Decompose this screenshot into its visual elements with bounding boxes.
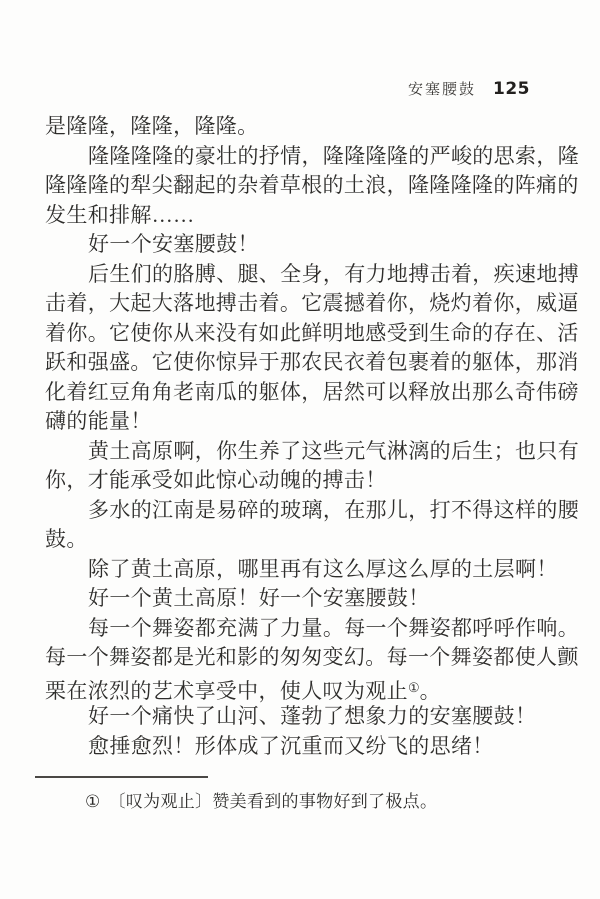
body-text: 是隆隆，隆隆，隆隆。隆隆隆隆的豪壮的抒情，隆隆隆隆的严峻的思索，隆隆隆隆的犁尖翻…	[45, 112, 561, 761]
text-line: 每一个舞姿都是光和影的匆匆变幻。每一个舞姿都使人颤	[45, 643, 561, 673]
text-line: 发生和排解……	[45, 201, 561, 231]
text-line: 多水的江南是易碎的玻璃，在那儿，打不得这样的腰	[45, 496, 561, 526]
text-line: 击着，大起大落地搏击着。它震撼着你，烧灼着你，威逼	[45, 289, 561, 319]
footnote: ①〔叹为观止〕赞美看到的事物好到了极点。	[85, 790, 437, 814]
text-line: 隆隆隆隆的豪壮的抒情，隆隆隆隆的严峻的思索，隆	[45, 142, 561, 172]
text-line: 每一个舞姿都充满了力量。每一个舞姿都呼呼作响。	[45, 614, 561, 644]
book-page: 安塞腰鼓 125 是隆隆，隆隆，隆隆。隆隆隆隆的豪壮的抒情，隆隆隆隆的严峻的思索…	[0, 0, 600, 899]
text-line: 栗在浓烈的艺术享受中，使人叹为观止①。	[45, 673, 561, 703]
page-number: 125	[493, 79, 530, 99]
text-line: 好一个安塞腰鼓！	[45, 230, 561, 260]
text-line: 鼓。	[45, 525, 561, 555]
text-line: 跃和强盛。它使你惊异于那农民衣着包裹着的躯体，那消	[45, 348, 561, 378]
text-line: 隆隆隆的犁尖翻起的杂着草根的土浪，隆隆隆隆的阵痛的	[45, 171, 561, 201]
text-line: 化着红豆角角老南瓜的躯体，居然可以释放出那么奇伟磅	[45, 378, 561, 408]
text-line: 礴的能量！	[45, 407, 561, 437]
text-line: 好一个黄土高原！好一个安塞腰鼓！	[45, 584, 561, 614]
footnote-marker: ①	[85, 792, 101, 811]
running-title: 安塞腰鼓	[408, 78, 476, 99]
footnote-text: 〔叹为观止〕赞美看到的事物好到了极点。	[109, 792, 438, 811]
text-segment: 栗在浓烈的艺术享受中，使人叹为观止	[45, 679, 408, 703]
page-header: 安塞腰鼓 125	[408, 78, 530, 99]
text-line: 黄土高原啊，你生养了这些元气淋漓的后生；也只有	[45, 437, 561, 467]
footnote-divider	[35, 776, 208, 778]
footnote-ref-mark: ①	[408, 680, 420, 695]
text-segment: 。	[420, 679, 441, 703]
text-line: 愈捶愈烈！形体成了沉重而又纷飞的思绪！	[45, 732, 561, 762]
text-line: 着你。它使你从来没有如此鲜明地感受到生命的存在、活	[45, 319, 561, 349]
text-line: 好一个痛快了山河、蓬勃了想象力的安塞腰鼓！	[45, 702, 561, 732]
text-line: 是隆隆，隆隆，隆隆。	[45, 112, 561, 142]
text-line: 你，才能承受如此惊心动魄的搏击！	[45, 466, 561, 496]
text-line: 除了黄土高原，哪里再有这么厚这么厚的土层啊！	[45, 555, 561, 585]
text-line: 后生们的胳膊、腿、全身，有力地搏击着，疾速地搏	[45, 260, 561, 290]
